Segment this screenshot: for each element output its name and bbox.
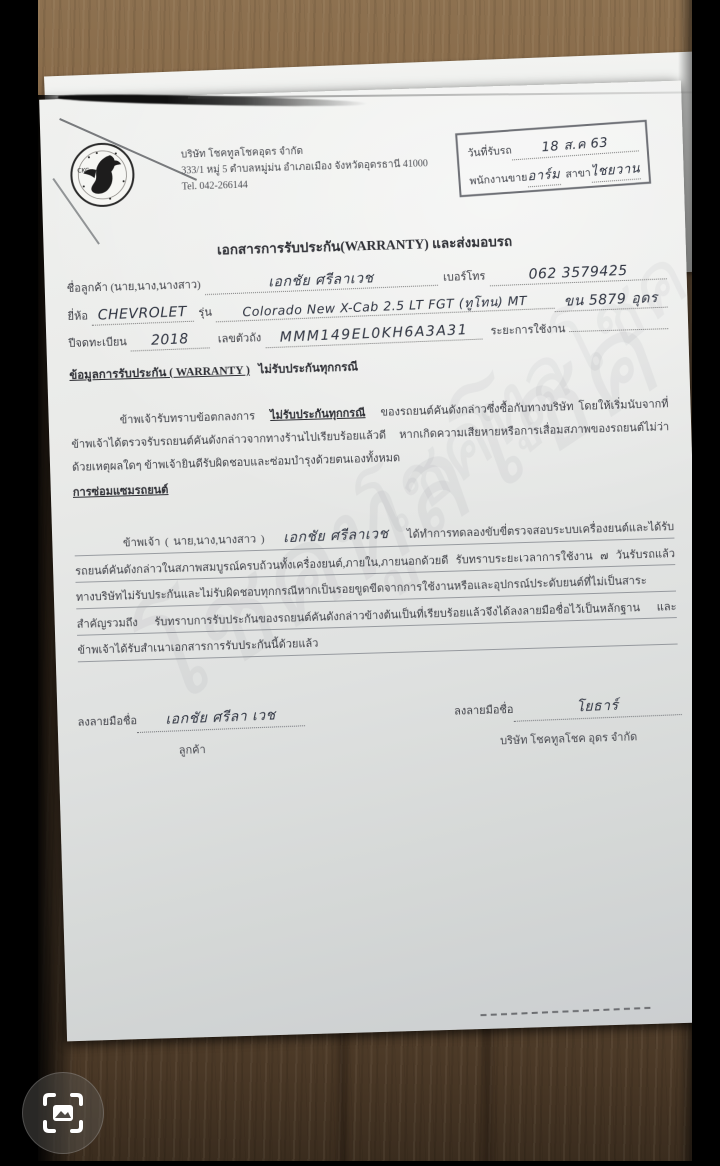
mileage-label: ระยะการใช้งาน	[482, 321, 569, 341]
logo-ckc-text: CKC	[77, 167, 89, 174]
photo-of-document: โชคทูลโชค โชคทูลโชค CKC บริษัท โชคทูล	[38, 0, 692, 1162]
vehicle-info-form: ชื่อลูกค้า (นาย,นาง,นางสาว) เอกชัย ศรีลา…	[66, 253, 669, 385]
para2-prefix: ข้าพเจ้า ( นาย,นาง,นางสาว )	[123, 533, 265, 549]
letterbox-bar-right	[692, 0, 720, 1166]
vin-label: เลขตัวถัง	[210, 330, 266, 349]
salesperson-label: พนักงานขาย	[469, 168, 528, 189]
phone-value: 062 3579425	[489, 261, 667, 286]
company-signature-value: โยธาร์	[513, 692, 682, 722]
para1-lead: ข้าพเจ้ารับทราบข้อตกลงการ	[120, 410, 256, 426]
para1-emphasis: ไม่รับประกันทุกกรณี	[270, 407, 366, 422]
receive-date-box: วันที่รับรถ 18 ส.ค 63 พนักงานขาย อาร์ม ส…	[455, 120, 651, 198]
model-value: Colorado New X-Cab 2.5 LT FGT (ทูโทน) MT	[216, 291, 555, 323]
model-label: รุ่น	[193, 305, 216, 323]
branch-value: ไชยวาน	[590, 157, 641, 182]
brand-label: ยี่ห้อ	[67, 308, 92, 326]
warranty-heading-underlined: ข้อมูลการรับประกัน ( WARRANTY )	[69, 365, 250, 382]
company-signature-block: ลงลายมือชื่อ โยธาร์ บริษัท โชคทูลโชค อุด…	[454, 693, 683, 751]
receive-date-label: วันที่รับรถ	[467, 141, 512, 161]
phone-label: เบอร์โทร	[437, 268, 490, 287]
letterbox-bar-bottom	[0, 1161, 720, 1166]
receive-date-value: 18 ส.ค 63	[511, 129, 639, 160]
para2-customer-name: เอกชัย ศรีลาเวช	[283, 521, 389, 552]
year-value: 2018	[130, 330, 210, 351]
company-signature-sub: บริษัท โชคทูลโชค อุดร จำกัด	[455, 726, 683, 751]
wood-plank-seam	[483, 1010, 492, 1162]
company-header-block: บริษัท โชคทูลโชคอุดร จำกัด 333/1 หมู่ 5 …	[181, 140, 429, 195]
company-logo-pegasus-stamp: CKC	[68, 141, 136, 209]
salesperson-value: อาร์ม	[526, 163, 561, 187]
customer-signature-value: เอกชัย ศรีลา เวช	[137, 703, 306, 733]
warranty-document-paper: โชคทูลโชค โชคทูลโชค CKC บริษัท โชคทูล	[39, 81, 692, 1042]
customer-label: ชื่อลูกค้า (นาย,นาง,นางสาว)	[67, 277, 205, 298]
acknowledgement-paragraph: ข้าพเจ้า ( นาย,นาง,นางสาว ) เอกชัย ศรีลา…	[74, 513, 678, 664]
bottom-edge-dashed-marks	[480, 1007, 650, 1016]
warranty-terms-paragraph: ข้าพเจ้ารับทราบข้อตกลงการ ไม่รับประกันทุ…	[70, 393, 671, 505]
vin-value: MMM149EL0KH6A3A31	[265, 322, 483, 349]
customer-signature-block: ลงลายมือชื่อ เอกชัย ศรีลา เวช ลูกค้า	[77, 704, 306, 762]
lens-crop-image-icon	[41, 1091, 85, 1135]
brand-value: CHEVROLET	[92, 304, 194, 326]
customer-role-label: ลูกค้า	[78, 737, 306, 762]
signature-section: ลงลายมือชื่อ เอกชัย ศรีลา เวช ลูกค้า ลงล…	[77, 693, 682, 762]
photo-viewer-screen: โชคทูลโชค โชคทูลโชค CKC บริษัท โชคทูล	[0, 0, 720, 1166]
customer-signature-label: ลงลายมือชื่อ	[77, 711, 137, 731]
warranty-section-heading: ข้อมูลการรับประกัน ( WARRANTY ) ไม่รับปร…	[69, 349, 669, 385]
customer-value: เอกชัย ศรีลาเวช	[204, 268, 437, 295]
warranty-heading-emphasis: ไม่รับประกันทุกกรณี	[258, 361, 358, 376]
plate-value: ขน 5879 อุดร	[554, 290, 668, 313]
letterbox-bar-left	[0, 0, 38, 1166]
image-scan-lens-button[interactable]	[22, 1072, 104, 1154]
year-label: ปีจดทะเบียน	[68, 334, 131, 353]
mileage-value	[569, 328, 668, 332]
branch-label: สาขา	[560, 164, 592, 183]
company-signature-label: ลงลายมือชื่อ	[454, 700, 514, 720]
